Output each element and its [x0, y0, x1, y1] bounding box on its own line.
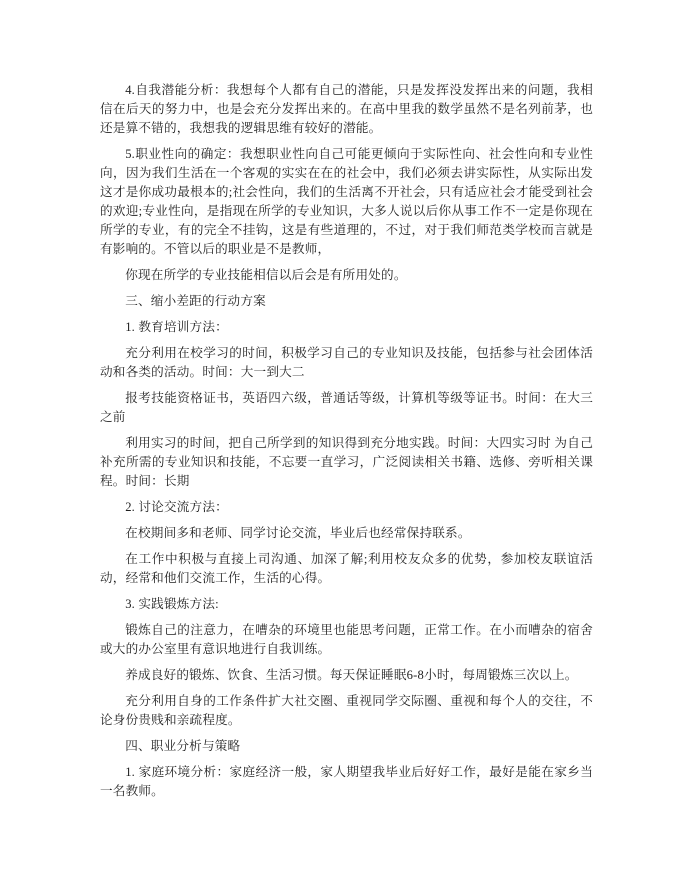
paragraph: 报考技能资格证书，英语四六级，普通话等级，计算机等级等证书。时间：在大三之前: [100, 389, 593, 427]
document-body: 4.自我潜能分析：我想每个人都有自己的潜能，只是发挥没发挥出来的问题，我相信在后…: [100, 81, 593, 808]
paragraph: 1. 教育培训方法：: [100, 318, 593, 337]
paragraph: 充分利用在校学习的时间，积极学习自己的专业知识及技能，包括参与社会团体活动和各类…: [100, 344, 593, 382]
paragraph: 利用实习的时间，把自己所学到的知识得到充分地实践。时间：大四实习时 为自己补充所…: [100, 434, 593, 491]
paragraph: 充分利用自身的工作条件扩大社交圈、重视同学交际圈、重视和每个人的交往，不论身份贵…: [100, 692, 593, 730]
paragraph: 在工作中积极与直接上司沟通、加深了解;利用校友众多的优势，参加校友联谊活动，经常…: [100, 550, 593, 588]
section-heading: 四、职业分析与策略: [100, 737, 593, 756]
paragraph: 你现在所学的专业技能相信以后会是有所用处的。: [100, 266, 593, 285]
paragraph: 5.职业性向的确定：我想职业性向自己可能更倾向于实际性向、社会性向和专业性向，因…: [100, 145, 593, 259]
document-page: 4.自我潜能分析：我想每个人都有自己的潜能，只是发挥没发挥出来的问题，我相信在后…: [0, 0, 690, 892]
paragraph: 养成良好的锻炼、饮食、生活习惯。每天保证睡眠6-8小时，每周锻炼三次以上。: [100, 666, 593, 685]
paragraph: 3. 实践锻炼方法:: [100, 595, 593, 614]
paragraph: 锻炼自己的注意力，在嘈杂的环境里也能思考问题，正常工作。在小而嘈杂的宿舍或大的办…: [100, 621, 593, 659]
paragraph: 在校期间多和老师、同学讨论交流，毕业后也经常保持联系。: [100, 524, 593, 543]
paragraph: 4.自我潜能分析：我想每个人都有自己的潜能，只是发挥没发挥出来的问题，我相信在后…: [100, 81, 593, 138]
paragraph: 1. 家庭环境分析：家庭经济一般，家人期望我毕业后好好工作，最好是能在家乡当一名…: [100, 763, 593, 801]
section-heading: 三、缩小差距的行动方案: [100, 292, 593, 311]
paragraph: 2. 讨论交流方法：: [100, 498, 593, 517]
